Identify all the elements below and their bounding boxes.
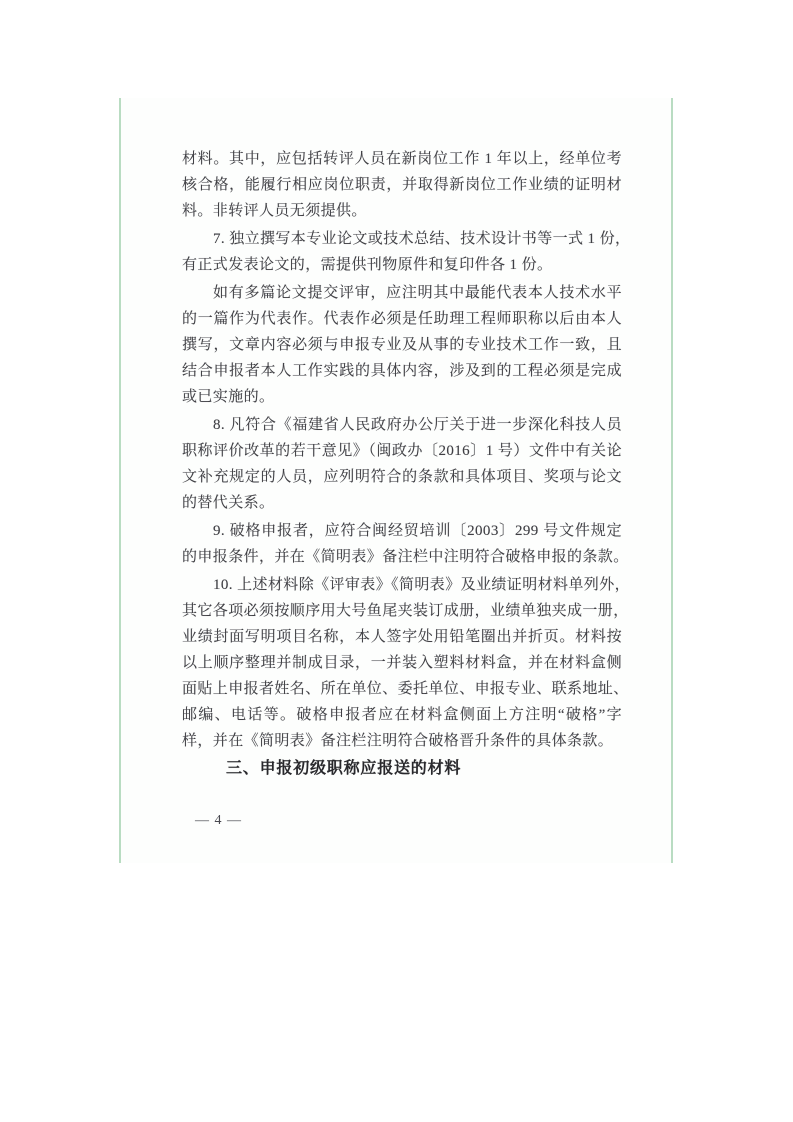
text-line: 或已实施的。	[182, 384, 622, 410]
paragraph: 材料。其中，应包括转评人员在新岗位工作 1 年以上，经单位考核合格，能履行相应岗…	[182, 146, 622, 224]
text-line: 以上顺序整理并制成目录，一并装入塑料材料盒，并在材料盒侧	[182, 650, 622, 676]
paragraph: 7. 独立撰写本专业论文或技术总结、技术设计书等一式 1 份，有正式发表论文的，…	[182, 226, 622, 278]
text-line: 撰写，文章内容必须与申报专业及从事的专业技术工作一致，且	[182, 332, 622, 358]
text-line: 面贴上申报者姓名、所在单位、委托单位、申报专业、联系地址、	[182, 676, 622, 702]
text-line: 有正式发表论文的，需提供刊物原件和复印件各 1 份。	[182, 252, 622, 278]
text-line: 样，并在《简明表》备注栏注明符合破格晋升条件的具体条款。	[182, 728, 622, 754]
text-line: 材料。其中，应包括转评人员在新岗位工作 1 年以上，经单位考	[182, 146, 622, 172]
text-line: 8. 凡符合《福建省人民政府办公厅关于进一步深化科技人员	[182, 412, 622, 438]
text-line: 7. 独立撰写本专业论文或技术总结、技术设计书等一式 1 份，	[182, 226, 622, 252]
paragraph: 如有多篇论文提交评审，应注明其中最能代表本人技术水平的一篇作为代表作。代表作必须…	[182, 280, 622, 410]
document-body: 材料。其中，应包括转评人员在新岗位工作 1 年以上，经单位考核合格，能履行相应岗…	[182, 146, 622, 834]
text-line: 如有多篇论文提交评审，应注明其中最能代表本人技术水平	[182, 280, 622, 306]
text-line: 的一篇作为代表作。代表作必须是任助理工程师职称以后由本人	[182, 306, 622, 332]
paragraph: 9. 破格申报者，应符合闽经贸培训〔2003〕299 号文件规定的申报条件，并在…	[182, 518, 622, 570]
text-line: 职称评价改革的若干意见》（闽政办〔2016〕1 号）文件中有关论	[182, 438, 622, 464]
text-line: 9. 破格申报者，应符合闽经贸培训〔2003〕299 号文件规定	[182, 518, 622, 544]
section-heading: 三、申报初级职称应报送的材料	[182, 756, 622, 782]
text-line: 文补充规定的人员，应列明符合的条款和具体项目、奖项与论文	[182, 464, 622, 490]
text-line: 邮编、电话等。破格申报者应在材料盒侧面上方注明“破格”字	[182, 702, 622, 728]
text-line: 的申报条件，并在《简明表》备注栏中注明符合破格申报的条款。	[182, 544, 622, 570]
page-number: — 4 —	[195, 808, 622, 834]
text-line: 料。非转评人员无须提供。	[182, 198, 622, 224]
text-line: 其它各项必须按顺序用大号鱼尾夹装订成册，业绩单独夹成一册，	[182, 598, 622, 624]
text-line: 结合申报者本人工作实践的具体内容，涉及到的工程必须是完成	[182, 358, 622, 384]
text-line: 核合格，能履行相应岗位职责，并取得新岗位工作业绩的证明材	[182, 172, 622, 198]
scanned-page: 材料。其中，应包括转评人员在新岗位工作 1 年以上，经单位考核合格，能履行相应岗…	[119, 98, 673, 863]
text-line: 10. 上述材料除《评审表》《简明表》及业绩证明材料单列外，	[182, 572, 622, 598]
text-line: 的替代关系。	[182, 490, 622, 516]
paragraph: 10. 上述材料除《评审表》《简明表》及业绩证明材料单列外，其它各项必须按顺序用…	[182, 572, 622, 754]
paragraph: 8. 凡符合《福建省人民政府办公厅关于进一步深化科技人员职称评价改革的若干意见》…	[182, 412, 622, 516]
text-line: 业绩封面写明项目名称，本人签字处用铅笔圈出并折页。材料按	[182, 624, 622, 650]
